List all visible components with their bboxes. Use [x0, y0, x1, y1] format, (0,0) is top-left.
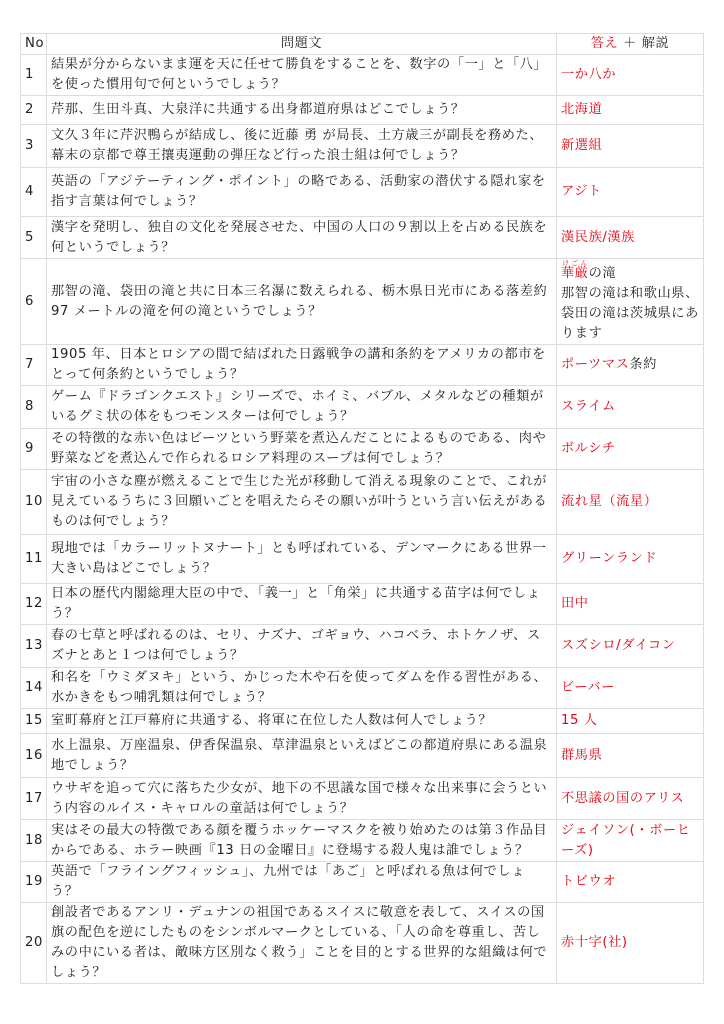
answer-cell: ポーツマス条約: [557, 345, 704, 386]
answer-cell: 流れ星（流星）: [557, 470, 704, 535]
question-number: 12: [21, 584, 47, 625]
table-row: 15室町幕府と江戸幕府に共通する、将軍に在位した人数は何人でしょう？15 人: [21, 709, 704, 734]
answer-cell: 不思議の国のアリス: [557, 778, 704, 820]
question-text: 那智の滝、袋田の滝と共に日本三名瀑に数えられる、栃木県日光市にある落差約 97 …: [47, 259, 557, 345]
question-number: 3: [21, 125, 47, 168]
question-text: 実はその最大の特徴である顔を覆うホッケーマスクを被り始めたのは第３作品目からであ…: [47, 820, 557, 862]
question-text: 現地では「カラーリットヌナート」とも呼ばれている、デンマークにある世界一大きい島…: [47, 535, 557, 584]
question-text: ウサギを追って穴に落ちた少女が、地下の不思議な国で様々な出来事に会うという内容の…: [47, 778, 557, 820]
answer-cell: ビーバー: [557, 668, 704, 709]
table-row: 20創設者であるアンリ・デュナンの祖国であるスイスに敬意を表して、スイスの国旗の…: [21, 903, 704, 984]
question-text: 宇宙の小さな塵が燃えることで生じた光が移動して消える現象のことで、これが見えてい…: [47, 470, 557, 535]
table-row: 3文久３年に芹沢鴨らが結成し、後に近藤 勇 が局長、土方歳三が副長を務めた、幕末…: [21, 125, 704, 168]
answer-cell: アジト: [557, 168, 704, 217]
answer-text: ジェイソン(・ボーヒーズ): [561, 823, 691, 858]
question-number: 5: [21, 217, 47, 259]
header-answer-label: 答え: [591, 36, 619, 51]
question-number: 18: [21, 820, 47, 862]
question-number: 20: [21, 903, 47, 984]
answer-text: 15 人: [561, 713, 598, 728]
answer-cell: スライム: [557, 386, 704, 429]
header-explanation-label: ＋ 解説: [623, 36, 669, 51]
header-answer: 答え ＋ 解説: [557, 34, 704, 55]
question-text: 和名を「ウミダヌキ」という、かじった木や石を使ってダムを作る習性がある、水かきを…: [47, 668, 557, 709]
question-number: 6: [21, 259, 47, 345]
question-text: 春の七草と呼ばれるのは、セリ、ナズナ、ゴギョウ、ハコベラ、ホトケノザ、スズナとあ…: [47, 625, 557, 668]
answer-text: 一か八か: [561, 67, 616, 82]
answer-cell: 15 人: [557, 709, 704, 734]
question-text: 創設者であるアンリ・デュナンの祖国であるスイスに敬意を表して、スイスの国旗の配色…: [47, 903, 557, 984]
table-row: 1結果が分からないまま運を天に任せて勝負をすることを、数字の「一」と「八」を使っ…: [21, 55, 704, 96]
question-number: 17: [21, 778, 47, 820]
table-row: 8ゲーム『ドラゴンクエスト』シリーズで、ホイミ、バブル、メタルなどの種類がいるグ…: [21, 386, 704, 429]
table-row: 19英語で「フライングフィッシュ」、九州では「あご」と呼ばれる魚は何でしょう？ト…: [21, 862, 704, 903]
question-number: 15: [21, 709, 47, 734]
answer-text: ビーバー: [561, 680, 615, 695]
table-row: 9その特徴的な赤い色はビーツという野菜を煮込んだことによるものである、肉や野菜な…: [21, 429, 704, 470]
answer-text: ボルシチ: [561, 441, 616, 456]
table-row: 13春の七草と呼ばれるのは、セリ、ナズナ、ゴギョウ、ハコベラ、ホトケノザ、スズナ…: [21, 625, 704, 668]
question-number: 2: [21, 96, 47, 125]
question-text: 室町幕府と江戸幕府に共通する、将軍に在位した人数は何人でしょう？: [47, 709, 557, 734]
answer-cell: 群馬県: [557, 734, 704, 778]
answer-text: トビウオ: [561, 874, 616, 889]
answer-cell: 一か八か: [557, 55, 704, 96]
question-number: 10: [21, 470, 47, 535]
answer-text: 流れ星（流星）: [561, 494, 658, 509]
answer-text: 群馬県: [561, 748, 602, 763]
quiz-body: 1結果が分からないまま運を天に任せて勝負をすることを、数字の「一」と「八」を使っ…: [21, 55, 704, 984]
question-text: 英語で「フライングフィッシュ」、九州では「あご」と呼ばれる魚は何でしょう？: [47, 862, 557, 903]
question-text: 英語の「アジテーティング・ポイント」の略である、活動家の潜伏する隠れ家を指す言葉…: [47, 168, 557, 217]
header-question: 問題文: [47, 34, 557, 55]
table-row: 14和名を「ウミダヌキ」という、かじった木や石を使ってダムを作る習性がある、水か…: [21, 668, 704, 709]
table-row: 10宇宙の小さな塵が燃えることで生じた光が移動して消える現象のことで、これが見え…: [21, 470, 704, 535]
table-row: 4英語の「アジテーティング・ポイント」の略である、活動家の潜伏する隠れ家を指す言…: [21, 168, 704, 217]
question-text: 日本の歴代内閣総理大臣の中で、「義一」と「角栄」に共通する苗字は何でしょう？: [47, 584, 557, 625]
answer-note: 那智の滝は和歌山県、袋田の滝は茨城県にあります: [561, 286, 699, 341]
answer-cell: スズシロ/ダイコン: [557, 625, 704, 668]
question-number: 13: [21, 625, 47, 668]
answer-text: 新選組: [561, 138, 602, 153]
table-row: 17ウサギを追って穴に落ちた少女が、地下の不思議な国で様々な出来事に会うという内…: [21, 778, 704, 820]
answer-text: アジト: [561, 184, 602, 199]
table-row: 18実はその最大の特徴である顔を覆うホッケーマスクを被り始めたのは第３作品目から…: [21, 820, 704, 862]
question-text: ゲーム『ドラゴンクエスト』シリーズで、ホイミ、バブル、メタルなどの種類がいるグミ…: [47, 386, 557, 429]
answer-cell: 田中: [557, 584, 704, 625]
question-number: 1: [21, 55, 47, 96]
table-row: 71905 年、日本とロシアの間で結ばれた日露戦争の講和条約をアメリカの都市をと…: [21, 345, 704, 386]
answer-text: グリーンランド: [561, 551, 657, 566]
table-row: 12日本の歴代内閣総理大臣の中で、「義一」と「角栄」に共通する苗字は何でしょう？…: [21, 584, 704, 625]
answer-cell: 漢民族/漢族: [557, 217, 704, 259]
table-row: 16水上温泉、万座温泉、伊香保温泉、草津温泉といえばどこの都道府県にある温泉地で…: [21, 734, 704, 778]
answer-cell: グリーンランド: [557, 535, 704, 584]
question-number: 4: [21, 168, 47, 217]
answer-cell: 新選組: [557, 125, 704, 168]
question-number: 14: [21, 668, 47, 709]
question-number: 7: [21, 345, 47, 386]
answer-cell: ボルシチ: [557, 429, 704, 470]
answer-text: 田中: [561, 596, 589, 611]
question-number: 8: [21, 386, 47, 429]
answer-cell: 赤十字(社): [557, 903, 704, 984]
answer-text: スライム: [561, 399, 616, 414]
question-text: 結果が分からないまま運を天に任せて勝負をすることを、数字の「一」と「八」を使った…: [47, 55, 557, 96]
header-no: No: [21, 34, 47, 55]
quiz-table: No 問題文 答え ＋ 解説 1結果が分からないまま運を天に任せて勝負をすること…: [20, 33, 704, 984]
table-row: 11現地では「カラーリットヌナート」とも呼ばれている、デンマークにある世界一大き…: [21, 535, 704, 584]
question-number: 19: [21, 862, 47, 903]
question-text: 文久３年に芹沢鴨らが結成し、後に近藤 勇 が局長、土方歳三が副長を務めた、幕末の…: [47, 125, 557, 168]
table-row: 6那智の滝、袋田の滝と共に日本三名瀑に数えられる、栃木県日光市にある落差約 97…: [21, 259, 704, 345]
answer-cell: トビウオ: [557, 862, 704, 903]
answer-cell: 北海道: [557, 96, 704, 125]
answer-text: 華厳けごんの滝: [561, 266, 616, 281]
question-text: 水上温泉、万座温泉、伊香保温泉、草津温泉といえばどこの都道府県にある温泉地でしょ…: [47, 734, 557, 778]
answer-text: スズシロ/ダイコン: [561, 638, 676, 653]
question-number: 11: [21, 535, 47, 584]
answer-text: 不思議の国のアリス: [561, 791, 684, 806]
answer-text: ポーツマス: [561, 357, 629, 372]
answer-text: 漢民族/漢族: [561, 230, 635, 245]
question-text: 漢字を発明し、独自の文化を発展させた、中国の人口の９割以上を占める民族を何という…: [47, 217, 557, 259]
question-text: 芹那、生田斗真、大泉洋に共通する出身都道府県はどこでしょう？: [47, 96, 557, 125]
table-row: 5漢字を発明し、独自の文化を発展させた、中国の人口の９割以上を占める民族を何とい…: [21, 217, 704, 259]
table-row: 2芹那、生田斗真、大泉洋に共通する出身都道府県はどこでしょう？北海道: [21, 96, 704, 125]
question-text: その特徴的な赤い色はビーツという野菜を煮込んだことによるものである、肉や野菜など…: [47, 429, 557, 470]
answer-text: 赤十字(社): [561, 935, 628, 950]
header-row: No 問題文 答え ＋ 解説: [21, 34, 704, 55]
answer-cell: 華厳けごんの滝那智の滝は和歌山県、袋田の滝は茨城県にあります: [557, 259, 704, 345]
question-number: 9: [21, 429, 47, 470]
answer-suffix: 条約: [629, 357, 657, 372]
answer-text: 北海道: [561, 102, 602, 117]
answer-cell: ジェイソン(・ボーヒーズ): [557, 820, 704, 862]
question-text: 1905 年、日本とロシアの間で結ばれた日露戦争の講和条約をアメリカの都市をとっ…: [47, 345, 557, 386]
question-number: 16: [21, 734, 47, 778]
